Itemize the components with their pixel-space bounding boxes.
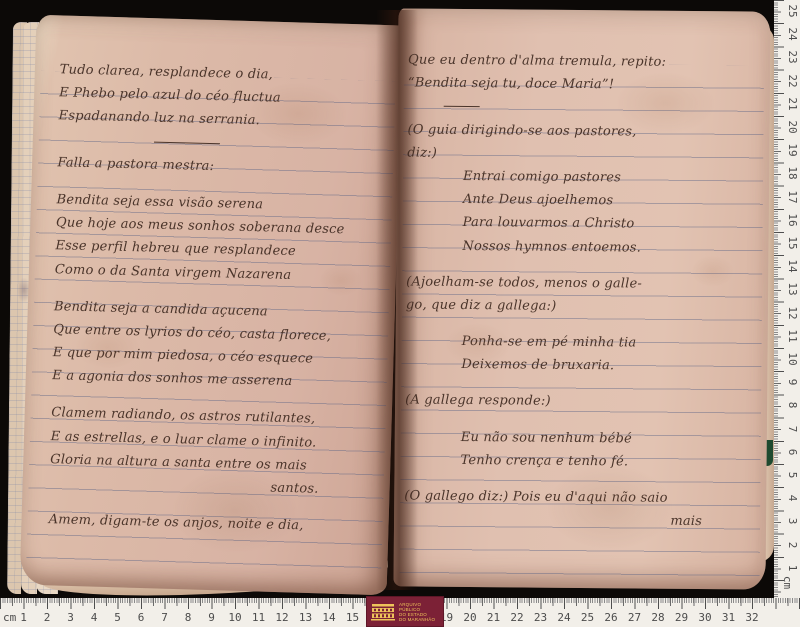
ruler-number: 14 (318, 611, 340, 624)
manuscript-line: Que eu dentro d'alma tremula, repito: (408, 48, 764, 74)
right-page: Que eu dentro d'alma tremula, repito:“Be… (393, 8, 770, 589)
ruler-number: 3 (60, 611, 82, 624)
side-ruler-unit-label: cm (781, 576, 794, 589)
manuscript-line: go, que diz a gallega:) (406, 293, 762, 319)
ruler-number: 14 (783, 258, 799, 274)
stamp-line: DO MARANHÃO (399, 617, 435, 622)
ruler-number: 4 (83, 611, 105, 624)
ruler-number: 19 (783, 142, 799, 158)
ruler-number: 10 (783, 351, 799, 367)
section-divider (408, 95, 764, 121)
ruler-number: 20 (783, 119, 799, 135)
manuscript-line: Tenho crença e tenho fé. (404, 448, 760, 474)
manuscript-line: (O gallego diz:) Pois eu d'aqui não saio (404, 484, 760, 510)
ruler-number: 26 (600, 611, 622, 624)
manuscript-line: (O guia dirigindo-se aos pastores, (407, 118, 763, 144)
ruler-number: 28 (647, 611, 669, 624)
ruler-number: 13 (783, 281, 799, 297)
ruler-number: 23 (783, 49, 799, 65)
ruler-number: 12 (783, 305, 799, 321)
ruler-number: 25 (783, 3, 799, 19)
ruler-number: 8 (177, 611, 199, 624)
manuscript-line: Ponha-se em pé minha tia (406, 330, 762, 356)
ruler-number: 13 (295, 611, 317, 624)
archival-notebook-photo: Tudo clarea, resplandece o dia,E Phebo p… (0, 0, 800, 627)
manuscript-line: Nossos hymnos entoemos. (406, 234, 762, 260)
right-page-text: Que eu dentro d'alma tremula, repito:“Be… (404, 48, 764, 533)
ruler-number: 31 (718, 611, 740, 624)
ruler-number: 11 (248, 611, 270, 624)
ruler-number: 9 (783, 374, 799, 390)
ruler-number: 9 (201, 611, 223, 624)
manuscript-line: mais (404, 508, 760, 534)
ruler-number: 16 (783, 212, 799, 228)
manuscript-line: Eu não sou nenhum bébé (405, 425, 761, 451)
ruler-number: 2 (36, 611, 58, 624)
ruler-number: 6 (130, 611, 152, 624)
manuscript-line: Deixemos de bruxaria. (405, 353, 761, 379)
manuscript-line: Para louvarmos a Christo (407, 211, 763, 237)
ruler-number: 15 (342, 611, 364, 624)
manuscript-line: Ante Deus ajoelhemos (407, 188, 763, 214)
ruler-number: 8 (783, 397, 799, 413)
archive-stamp: ARQUIVO PÚBLICO DO ESTADO DO MARANHÃO (366, 596, 444, 627)
ruler-number: 20 (459, 611, 481, 624)
ruler-number: 6 (783, 444, 799, 460)
manuscript-line: “Bendita seja tu, doce Maria”! (408, 72, 764, 98)
ruler-number: 30 (694, 611, 716, 624)
manuscript-line: (Ajoelham-se todos, menos o galle- (406, 270, 762, 296)
building-icon (370, 602, 396, 622)
side-ruler: cm 1234567891011121314151617181920212223… (774, 0, 800, 598)
ruler-number: 25 (577, 611, 599, 624)
left-page-surface: Tudo clarea, resplandece o dia,E Phebo p… (20, 15, 404, 596)
ruler-number: 24 (783, 26, 799, 42)
left-page-text: Tudo clarea, resplandece o dia,E Phebo p… (48, 58, 392, 539)
ruler-number: 5 (783, 467, 799, 483)
ruler-number: 32 (741, 611, 763, 624)
ruler-number: 21 (483, 611, 505, 624)
ruler-number: 27 (624, 611, 646, 624)
ruler-number: 11 (783, 328, 799, 344)
ruler-number: 7 (783, 421, 799, 437)
ruler-number: 1 (13, 611, 35, 624)
ruler-number: 7 (154, 611, 176, 624)
archive-stamp-text: ARQUIVO PÚBLICO DO ESTADO DO MARANHÃO (399, 602, 435, 622)
manuscript-line: diz:) (407, 141, 763, 167)
ruler-number: 15 (783, 235, 799, 251)
left-page: Tudo clarea, resplandece o dia,E Phebo p… (20, 15, 404, 596)
ruler-number: 22 (506, 611, 528, 624)
ruler-number: 1 (783, 560, 799, 576)
ruler-number: 10 (224, 611, 246, 624)
ruler-number: 12 (271, 611, 293, 624)
ruler-number: 2 (783, 537, 799, 553)
right-page-surface: Que eu dentro d'alma tremula, repito:“Be… (393, 8, 770, 589)
ruler-number: 23 (530, 611, 552, 624)
manuscript-line: (A gallega responde:) (405, 389, 761, 415)
ruler-number: 18 (783, 165, 799, 181)
ruler-number: 21 (783, 96, 799, 112)
ruler-number: 29 (671, 611, 693, 624)
manuscript-line: Entrai comigo pastores (407, 164, 763, 190)
ruler-number: 3 (783, 513, 799, 529)
ruler-number: 4 (783, 490, 799, 506)
ruler-number: 24 (553, 611, 575, 624)
ruler-number: 17 (783, 189, 799, 205)
ruler-number: 5 (107, 611, 129, 624)
ruler-number: 22 (783, 73, 799, 89)
